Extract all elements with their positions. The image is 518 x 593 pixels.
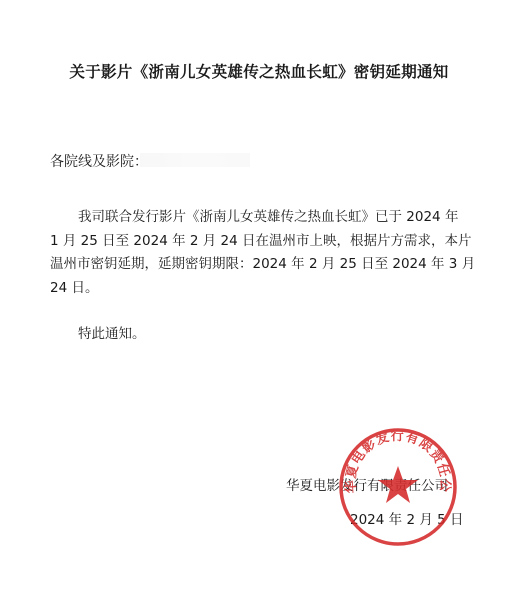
signature-date: 2024 年 2 月 5 日 bbox=[350, 508, 464, 528]
signature-company: 华夏电影发行有限责任公司 bbox=[286, 474, 448, 494]
body-line: 温州市密钥延期，延期密钥期限：2024 年 2 月 25 日至 2024 年 3… bbox=[50, 253, 470, 277]
body-line: 1 月 25 日至 2024 年 2 月 24 日在温州市上映，根据片方需求，本… bbox=[50, 230, 470, 254]
closing-text: 特此通知。 bbox=[50, 323, 498, 347]
document-title: 关于影片《浙南儿女英雄传之热血长虹》密钥延期通知 bbox=[0, 60, 518, 82]
salutation: 各院线及影院： bbox=[50, 151, 148, 171]
body-line: 24 日。 bbox=[50, 277, 470, 301]
faint-bleed-through-text bbox=[140, 153, 250, 167]
body-line: 我司联合发行影片《浙南儿女英雄传之热血长虹》已于 2024 年 bbox=[50, 206, 470, 230]
body-paragraph: 我司联合发行影片《浙南儿女英雄传之热血长虹》已于 2024 年 1 月 25 日… bbox=[50, 206, 470, 300]
